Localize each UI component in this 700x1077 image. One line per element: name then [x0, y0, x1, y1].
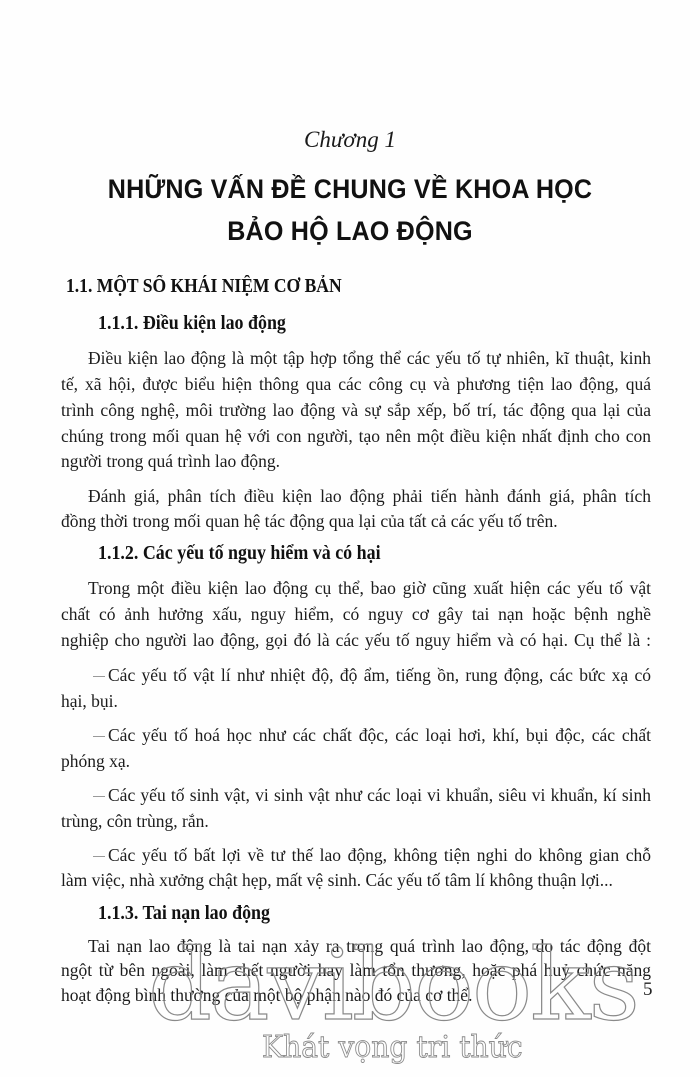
paragraph-line: trình công nghệ, môi trường lao động và … [61, 400, 651, 420]
bullet-dash [93, 736, 105, 737]
paragraph-line: nghiệp cho người lao động, gọi đó là các… [61, 630, 651, 650]
book-page: Chương 1 NHỮNG VẤN ĐỀ CHUNG VỀ KHOA HỌC … [0, 0, 700, 1077]
bullet-line: Các yếu tố bất lợi về tư thế lao động, k… [108, 845, 651, 865]
paragraph-line: người trong quá trình lao động. [61, 451, 651, 471]
watermark-slogan: Khát vọng tri thức [262, 1030, 523, 1066]
bullet-line: trùng, côn trùng, rắn. [61, 811, 651, 831]
bullet-line: Các yếu tố sinh vật, vi sinh vật như các… [108, 785, 651, 805]
bullet-line: Các yếu tố hoá học như các chất độc, các… [108, 725, 651, 745]
watermark-brand: davibooks [148, 936, 638, 1036]
chapter-title-line-1: NHỮNG VẤN ĐỀ CHUNG VỀ KHOA HỌC [25, 174, 676, 205]
subsection-heading-1-1-3: 1.1.3. Tai nạn lao động [98, 903, 270, 925]
bullet-line: phóng xạ. [61, 751, 651, 771]
chapter-label: Chương 1 [0, 127, 700, 153]
paragraph-line: chất có ảnh hưởng xấu, nguy hiểm, có ngu… [61, 604, 651, 624]
paragraph-line: Điều kiện lao động là một tập hợp tổng t… [88, 348, 651, 368]
page-number: 5 [643, 979, 653, 1001]
bullet-dash [93, 856, 105, 857]
paragraph-line: Đánh giá, phân tích điều kiện lao động p… [88, 486, 651, 506]
section-heading-1-1: 1.1. MỘT SỐ KHÁI NIỆM CƠ BẢN [66, 276, 342, 298]
bullet-line: Các yếu tố vật lí như nhiệt độ, độ ẩm, t… [108, 665, 651, 685]
subsection-heading-1-1-2: 1.1.2. Các yếu tố nguy hiểm và có hại [98, 543, 381, 565]
chapter-title-line-2: BẢO HỘ LAO ĐỘNG [25, 216, 676, 247]
bullet-line: làm việc, nhà xưởng chật hẹp, mất vệ sin… [61, 870, 651, 890]
bullet-dash [93, 676, 105, 677]
paragraph-line: đồng thời trong mối quan hệ tác động qua… [61, 511, 651, 531]
paragraph-line: chúng trong mối quan hệ với con người, t… [61, 426, 651, 446]
bullet-dash [93, 796, 105, 797]
subsection-heading-1-1-1: 1.1.1. Điều kiện lao động [98, 313, 286, 335]
paragraph-line: tế, xã hội, được biểu hiện thông qua các… [61, 374, 651, 394]
paragraph-line: Trong một điều kiện lao động cụ thể, bao… [88, 578, 651, 598]
bullet-line: hại, bụi. [61, 691, 651, 711]
